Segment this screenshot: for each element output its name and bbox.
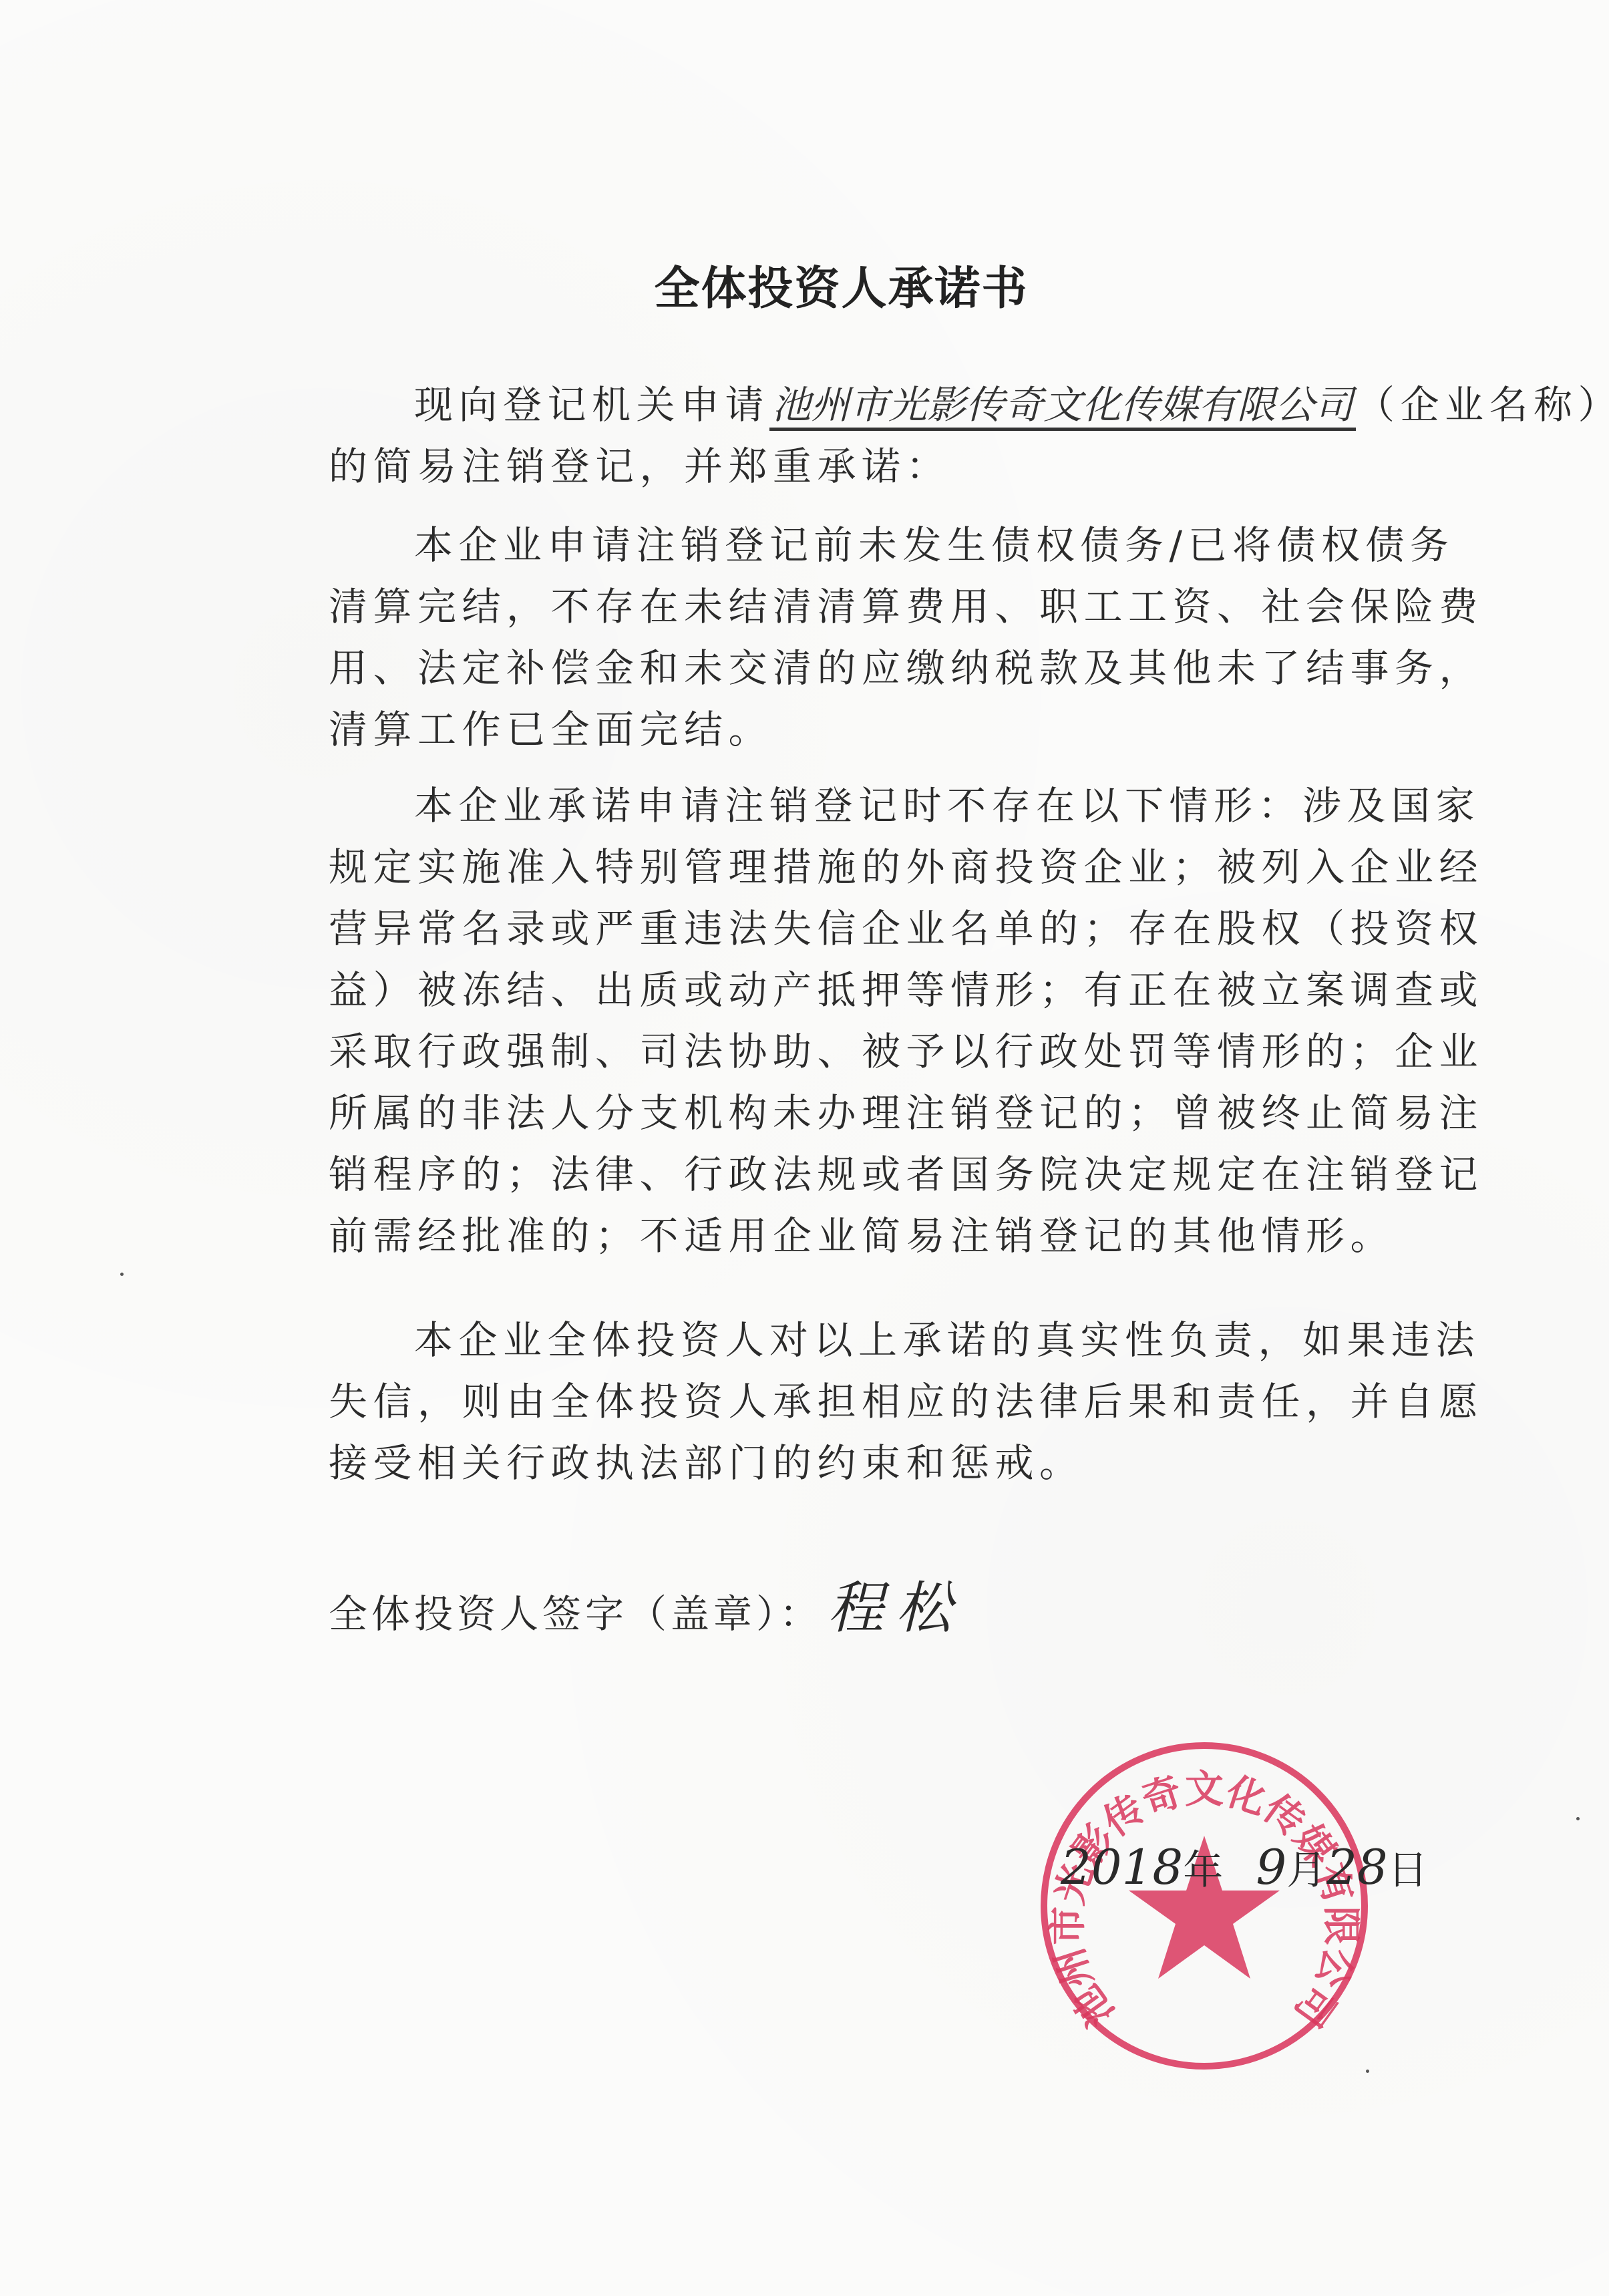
intro-paragraph: 现向登记机关申请池州市光影传奇文化传媒有限公司（企业名称） 的简易注销登记，并郑… bbox=[329, 374, 1517, 497]
paragraph-line: 益）被冻结、出质或动产抵押等情形；有正在被立案调查或 bbox=[329, 959, 1517, 1021]
document-title: 全体投资人承诺书 bbox=[0, 253, 1609, 317]
paragraph-line: 销程序的；法律、行政法规或者国务院决定规定在注销登记 bbox=[329, 1144, 1517, 1205]
scan-speck bbox=[1366, 2070, 1369, 2073]
date-month-label: 月 bbox=[1286, 1847, 1326, 1894]
date-month: 9 bbox=[1256, 1839, 1286, 1895]
scan-speck bbox=[1576, 1817, 1580, 1820]
signature-label: 全体投资人签字（盖章）： bbox=[329, 1591, 822, 1637]
date-year: 2018 bbox=[1061, 1839, 1183, 1895]
paragraph-line: 接受相关行政执法部门的约束和惩戒。 bbox=[329, 1432, 1517, 1494]
paragraph-exclusions: 本企业承诺申请注销登记时不存在以下情形：涉及国家 规定实施准入特别管理措施的外商… bbox=[329, 775, 1517, 1267]
paragraph-debt-clearance: 本企业申请注销登记前未发生债权债务/已将债权债务 清算完结，不存在未结清清算费用… bbox=[329, 514, 1517, 760]
intro-suffix: （企业名称） bbox=[1356, 382, 1609, 428]
date-line: 2018年 9月28日 bbox=[1061, 1838, 1428, 1896]
paragraph-line: 清算完结，不存在未结清清算费用、职工工资、社会保险费 bbox=[329, 576, 1517, 637]
document-page: 全体投资人承诺书 现向登记机关申请池州市光影传奇文化传媒有限公司（企业名称） 的… bbox=[0, 0, 1609, 2296]
paragraph-line: 失信，则由全体投资人承担相应的法律后果和责任，并自愿 bbox=[329, 1371, 1517, 1432]
date-year-label: 年 bbox=[1183, 1847, 1223, 1894]
intro-line-2: 的简易注销登记，并郑重承诺： bbox=[329, 436, 1517, 497]
intro-prefix: 现向登记机关申请 bbox=[414, 382, 769, 428]
paragraph-line: 规定实施准入特别管理措施的外商投资企业；被列入企业经 bbox=[329, 836, 1517, 898]
paragraph-line: 营异常名录或严重违法失信企业名单的；存在股权（投资权 bbox=[329, 898, 1517, 959]
paragraph-responsibility: 本企业全体投资人对以上承诺的真实性负责，如果违法 失信，则由全体投资人承担相应的… bbox=[329, 1309, 1517, 1494]
date-day-label: 日 bbox=[1388, 1847, 1428, 1894]
company-name-handwritten: 池州市光影传奇文化传媒有限公司 bbox=[769, 382, 1356, 431]
signature-handwritten: 程松 bbox=[828, 1575, 964, 1641]
paragraph-line: 所属的非法人分支机构未办理注销登记的；曾被终止简易注 bbox=[329, 1082, 1517, 1144]
paragraph-line: 本企业承诺申请注销登记时不存在以下情形：涉及国家 bbox=[329, 775, 1517, 836]
paragraph-line: 本企业全体投资人对以上承诺的真实性负责，如果违法 bbox=[329, 1309, 1517, 1371]
paragraph-line: 清算工作已全面完结。 bbox=[329, 699, 1517, 760]
paragraph-line: 用、法定补偿金和未交清的应缴纳税款及其他未了结事务， bbox=[329, 637, 1517, 699]
company-seal-icon: 池州市光影传奇文化传媒有限公司 bbox=[1034, 1736, 1375, 2076]
paragraph-line: 采取行政强制、司法协助、被予以行政处罚等情形的；企业 bbox=[329, 1021, 1517, 1082]
scan-speck bbox=[120, 1273, 124, 1276]
paragraph-line: 本企业申请注销登记前未发生债权债务/已将债权债务 bbox=[329, 514, 1517, 576]
signature-line: 全体投资人签字（盖章）：程松 bbox=[329, 1563, 964, 1644]
date-day: 28 bbox=[1326, 1839, 1388, 1895]
paragraph-line: 前需经批准的；不适用企业简易注销登记的其他情形。 bbox=[329, 1205, 1517, 1267]
